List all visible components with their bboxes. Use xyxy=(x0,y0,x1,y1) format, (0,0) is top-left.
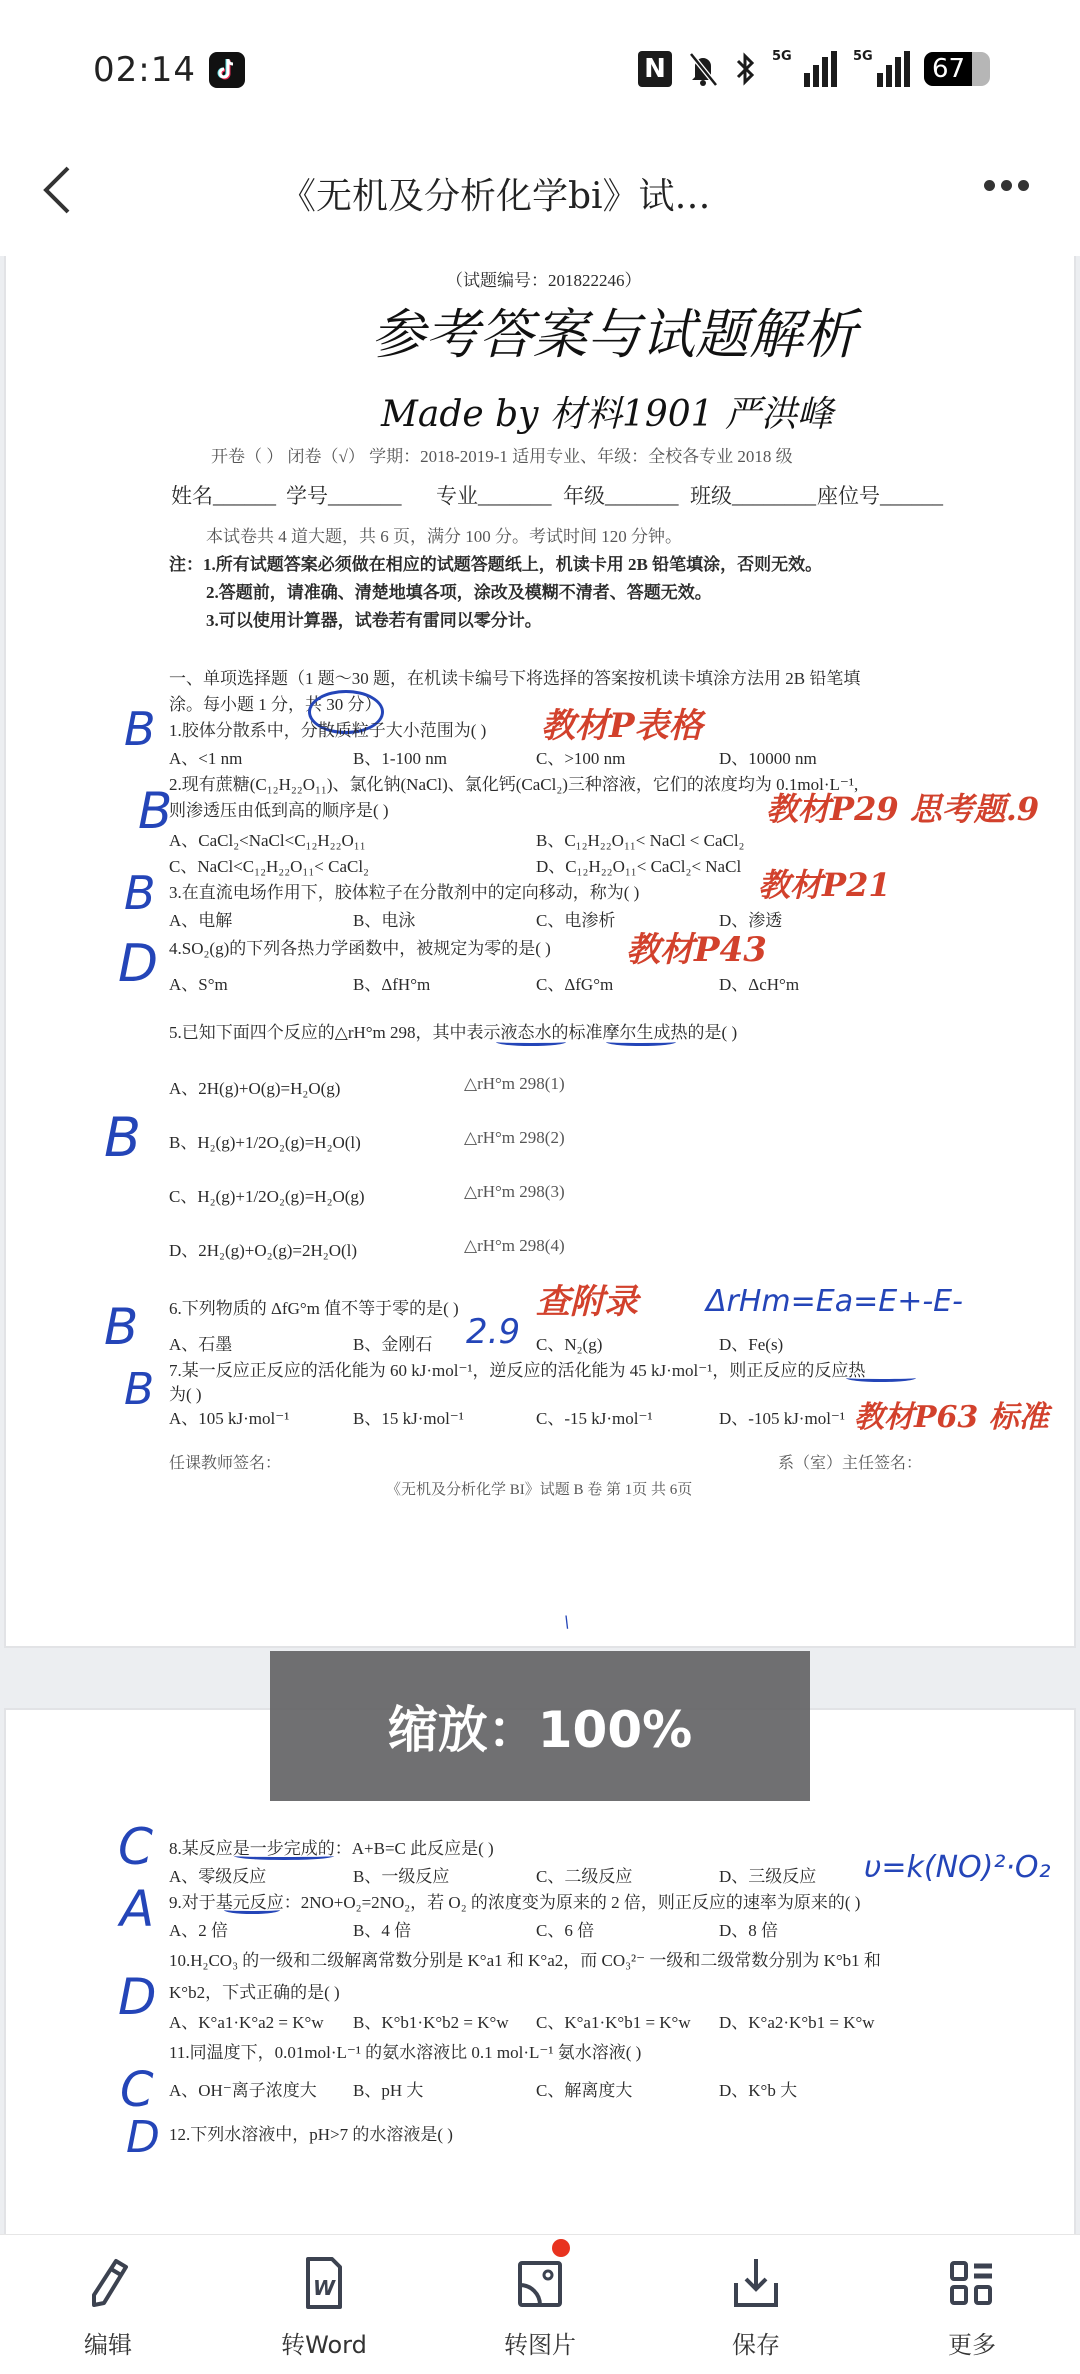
q1-option-a: A、<1 nm xyxy=(169,744,242,769)
answer-q3: B xyxy=(124,866,156,920)
director-signature: 系（室）主任签名： xyxy=(778,1450,922,1473)
note-1: 注：1.所有试题答案必须做在相应的试题答题纸上，机读卡用 2B 铅笔填涂，否则无… xyxy=(169,550,822,575)
bluetooth-icon xyxy=(734,51,756,87)
q6-option-c: C、N₂(g) xyxy=(536,1330,602,1355)
convert-word-button[interactable]: W 转Word xyxy=(216,2235,432,2374)
zoom-toast-text: 缩放：100% xyxy=(388,1690,692,1762)
grid-icon xyxy=(944,2255,1000,2311)
q10-option-d: D、K°a2·K°b1 = K°w xyxy=(719,2008,875,2033)
q5-option-b-value: △rH°m 298(2) xyxy=(464,1128,565,1148)
new-badge xyxy=(552,2239,570,2257)
class-field: 班级________ xyxy=(690,480,817,510)
save-label: 保存 xyxy=(732,2325,780,2360)
q1-option-b: B、1-100 nm xyxy=(353,744,447,769)
q8-option-c: C、二级反应 xyxy=(536,1862,632,1887)
q10-option-b: B、K°b1·K°b2 = K°w xyxy=(353,2008,509,2033)
q6-option-b: B、金刚石 xyxy=(353,1330,432,1355)
q5-option-c: C、H₂(g)+1/2O₂(g)=H₂O(g) xyxy=(169,1182,365,1207)
q1-option-c: C、>100 nm xyxy=(536,744,625,769)
q9-option-d: D、8 倍 xyxy=(719,1916,778,1941)
ref-q6: 2.9 xyxy=(466,1312,520,1352)
q3-option-b: B、电泳 xyxy=(353,906,415,931)
student-id-field: 学号_______ xyxy=(286,480,436,510)
answer-q5: B xyxy=(104,1106,141,1169)
q1-option-d: D、10000 nm xyxy=(719,744,817,769)
question-1: 1.胶体分散系中，分散质粒子大小范围为( ) xyxy=(169,716,486,741)
answer-q2: B xyxy=(138,782,172,840)
q2-option-b: B、C₁₂H₂₂O₁₁< NaCl < CaCl₂ xyxy=(536,826,744,851)
major-field: 专业_______ xyxy=(436,480,563,510)
question-11: 11.同温度下，0.01mol·L⁻¹ 的氨水溶液比 0.1 mol·L⁻¹ 氨… xyxy=(169,2038,641,2063)
formula-q6: ΔrHm=Ea=E+-E- xyxy=(706,1284,963,1319)
image-icon xyxy=(512,2255,568,2311)
edit-label: 编辑 xyxy=(84,2325,132,2360)
answer-q6: B xyxy=(104,1298,138,1356)
q11-option-b: B、pH 大 xyxy=(353,2076,423,2101)
question-7-cont: 为( ) xyxy=(169,1380,202,1405)
answer-q4: D xyxy=(118,934,158,994)
more-button[interactable]: 更多 xyxy=(864,2235,1080,2374)
note-q3: 教材P21 xyxy=(758,860,891,906)
exam-code: （试题编号：201822246） xyxy=(446,266,642,291)
q6-option-d: D、Fe(s) xyxy=(719,1330,783,1355)
convert-word-label: 转Word xyxy=(281,2325,367,2360)
handwritten-author: Made by 材料1901 严洪峰 xyxy=(381,386,833,437)
note-q4: 教材P43 xyxy=(626,922,767,971)
app-header: 《无机及分析化学bi》试… xyxy=(0,130,1080,256)
underline-annotation xyxy=(606,1038,676,1046)
document-page-1: （试题编号：201822246） 参考答案与试题解析 Made by 材料190… xyxy=(4,256,1076,1648)
q5-option-d-value: △rH°m 298(4) xyxy=(464,1236,565,1256)
q6-option-a: A、石墨 xyxy=(169,1330,232,1355)
note-q1: 教材P表格 xyxy=(541,698,703,747)
underline-annotation xyxy=(846,1374,916,1382)
status-time: 02:14 xyxy=(93,50,196,90)
q7-option-b: B、15 kJ·mol⁻¹ xyxy=(353,1404,464,1429)
answer-q11: C xyxy=(120,2062,154,2118)
q7-option-a: A、105 kJ·mol⁻¹ xyxy=(169,1404,289,1429)
bottom-toolbar: 编辑 W 转Word 转图片 保存 更多 xyxy=(0,2234,1080,2374)
back-button[interactable] xyxy=(38,160,78,220)
seat-field: 座位号______ xyxy=(817,480,943,510)
answer-q8: C xyxy=(118,1818,153,1876)
q11-option-d: D、K°b 大 xyxy=(719,2076,797,2101)
question-12: 12.下列水溶液中，pH>7 的水溶液是( ) xyxy=(169,2120,453,2145)
question-4: 4.SO₂(g)的下列各热力学函数中，被规定为零的是( ) xyxy=(169,934,551,959)
chevron-left-icon xyxy=(38,160,78,220)
q9-option-c: C、6 倍 xyxy=(536,1916,594,1941)
exam-summary: 本试卷共 4 道大题，共 6 页，满分 100 分。考试时间 120 分钟。 xyxy=(206,522,682,547)
q4-option-b: B、ΔfH°m xyxy=(353,970,430,995)
page-mark: \ xyxy=(564,1612,569,1631)
status-icons: N 5G 5G 67 xyxy=(638,50,990,88)
note-q7: 教材P63 标准 xyxy=(854,1392,1049,1436)
tiktok-notification-icon xyxy=(209,52,245,88)
question-2: 2.现有蔗糖(C₁₂H₂₂O₁₁)、氯化钠(NaCl)、氯化钙(CaCl₂)三种… xyxy=(169,770,858,795)
note-2: 2.答题前，请准确、清楚地填各项，涂改及模糊不清者、答题无效。 xyxy=(206,578,712,603)
q11-option-a: A、OH⁻离子浓度大 xyxy=(169,2076,317,2101)
q7-option-d: D、-105 kJ·mol⁻¹ xyxy=(719,1404,845,1429)
more-dot-icon xyxy=(1001,180,1012,191)
note-q6: 查附录 xyxy=(536,1274,638,1323)
question-3: 3.在直流电场作用下，胶体粒子在分散剂中的定向移动，称为( ) xyxy=(169,878,639,903)
q7-option-c: C、-15 kJ·mol⁻¹ xyxy=(536,1404,653,1429)
section-title: 一、单项选择题（1 题～30 题，在机读卡编号下将选择的答案按机读卡填涂方法用 … xyxy=(169,664,860,689)
answer-q7: B xyxy=(124,1364,154,1415)
answer-q9: A xyxy=(120,1880,154,1938)
nfc-icon: N xyxy=(638,51,672,87)
underline-annotation xyxy=(224,1906,280,1914)
grade-field: 年级_______ xyxy=(563,480,690,510)
q10-option-c: C、K°a1·K°b1 = K°w xyxy=(536,2008,691,2033)
q5-option-d: D、2H₂(g)+O₂(g)=2H₂O(l) xyxy=(169,1236,357,1261)
battery-icon: 67 xyxy=(924,52,990,86)
q3-option-a: A、电解 xyxy=(169,906,232,931)
bell-muted-icon xyxy=(686,51,720,87)
edit-button[interactable]: 编辑 xyxy=(0,2235,216,2374)
more-dot-icon xyxy=(1018,180,1029,191)
q4-option-a: A、S°m xyxy=(169,970,228,995)
signal-sim1-icon: 5G xyxy=(770,51,837,87)
save-button[interactable]: 保存 xyxy=(648,2235,864,2374)
more-label: 更多 xyxy=(948,2325,996,2360)
q5-option-a: A、2H(g)+O(g)=H₂O(g) xyxy=(169,1074,340,1099)
question-10-cont: K°b2，下式正确的是( ) xyxy=(169,1978,340,2003)
q10-option-a: A、K°a1·K°a2 = K°w xyxy=(169,2008,324,2033)
student-info-fields: 姓名______ 学号_______ 专业_______ 年级_______ 班… xyxy=(171,480,943,510)
q5-option-a-value: △rH°m 298(1) xyxy=(464,1074,565,1094)
question-2-cont: 则渗透压由低到高的顺序是( ) xyxy=(169,796,389,821)
answer-q1: B xyxy=(124,702,156,756)
answer-q10: D xyxy=(118,1968,157,2026)
word-icon: W xyxy=(296,2255,352,2311)
underline-annotation xyxy=(496,1038,566,1046)
name-field: 姓名______ xyxy=(171,480,286,510)
note-3: 3.可以使用计算器，试卷若有雷同以零分计。 xyxy=(206,606,542,631)
q3-option-c: C、电渗析 xyxy=(536,906,615,931)
more-dot-icon xyxy=(984,180,995,191)
q8-option-a: A、零级反应 xyxy=(169,1862,266,1887)
pencil-icon xyxy=(80,2255,136,2311)
battery-level: 67 xyxy=(932,54,965,84)
q8-option-b: B、一级反应 xyxy=(353,1862,449,1887)
more-options-button[interactable] xyxy=(984,180,1029,191)
svg-text:W: W xyxy=(313,2276,336,2300)
q11-option-c: C、解离度大 xyxy=(536,2076,632,2101)
status-bar: 02:14 N 5G 5G 67 xyxy=(0,0,1080,130)
q4-option-c: C、ΔfG°m xyxy=(536,970,613,995)
underline-annotation xyxy=(234,1852,334,1860)
q5-option-b: B、H₂(g)+1/2O₂(g)=H₂O(l) xyxy=(169,1128,361,1153)
question-10: 10.H₂CO₃ 的一级和二级解离常数分别是 K°a1 和 K°a2，而 CO₃… xyxy=(169,1946,881,1971)
q8-option-d: D、三级反应 xyxy=(719,1862,816,1887)
q4-option-d: D、ΔcH°m xyxy=(719,970,799,995)
document-title: 《无机及分析化学bi》试… xyxy=(280,168,820,219)
download-icon xyxy=(728,2255,784,2311)
formula-q8: υ=k(NO)²·O₂ xyxy=(864,1850,1051,1885)
question-6: 6.下列物质的 ΔfG°m 值不等于零的是( ) xyxy=(169,1294,459,1319)
q5-option-c-value: △rH°m 298(3) xyxy=(464,1182,565,1202)
document-viewer[interactable]: （试题编号：201822246） 参考答案与试题解析 Made by 材料190… xyxy=(0,256,1080,2234)
q2-option-d: D、C₁₂H₂₂O₁₁< CaCl₂< NaCl xyxy=(536,852,741,877)
handwritten-title: 参考答案与试题解析 xyxy=(371,292,857,369)
answer-q12: D xyxy=(126,2112,160,2163)
teacher-signature: 任课教师签名： xyxy=(169,1450,281,1473)
zoom-toast: 缩放：100% xyxy=(270,1651,810,1801)
question-7: 7.某一反应正反应的活化能为 60 kJ·mol⁻¹，逆反应的活化能为 45 k… xyxy=(169,1356,865,1381)
note-q2: 教材P29 思考题.9 xyxy=(766,784,1039,830)
signal-sim2-icon: 5G xyxy=(851,51,910,87)
q2-option-a: A、CaCl₂<NaCl<C₁₂H₂₂O₁₁ xyxy=(169,826,366,851)
convert-image-label: 转图片 xyxy=(504,2325,576,2360)
exam-info: 开卷（ ） 闭卷（√） 学期：2018-2019-1 适用专业、年级：全校各专业… xyxy=(211,442,793,467)
page-footer: 《无机及分析化学 BI》试题 B 卷 第 1页 共 6页 xyxy=(386,1478,692,1499)
convert-image-button[interactable]: 转图片 xyxy=(432,2235,648,2374)
q9-option-a: A、2 倍 xyxy=(169,1916,228,1941)
q2-option-c: C、NaCl<C₁₂H₂₂O₁₁< CaCl₂ xyxy=(169,852,369,877)
q9-option-b: B、4 倍 xyxy=(353,1916,411,1941)
